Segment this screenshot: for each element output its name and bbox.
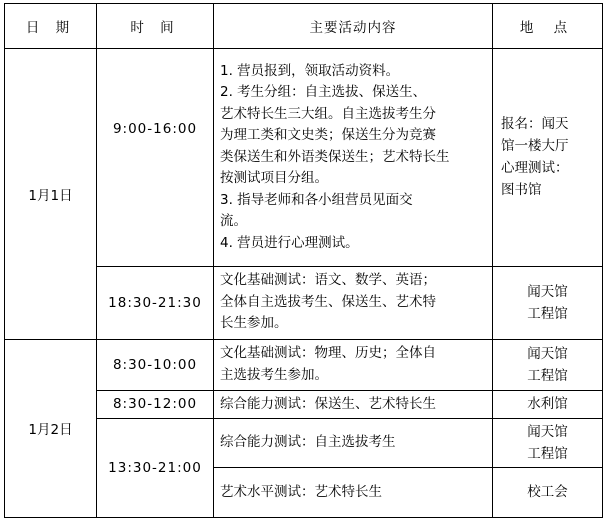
table-row: 1月2日 8:30-10:00 文化基础测试：物理、历史；全体自 主选拔考生参加… (5, 339, 603, 390)
location-line: 图书馆 (501, 179, 596, 201)
time-cell: 8:30-12:00 (97, 390, 214, 418)
activity-line: 为理工类和文史类；保送生分为竞赛 (220, 125, 486, 147)
schedule-table: 日 期 时 间 主要活动内容 地 点 1月1日 9:00-16:00 1. 营员… (4, 3, 603, 518)
activity-line: 2. 考生分组：自主选拔、保送生、 (220, 82, 486, 104)
location-cell: 闻天馆 工程馆 (493, 339, 603, 390)
location-cell: 水利馆 (493, 390, 603, 418)
location-line: 闻天馆 (499, 421, 596, 443)
location-cell: 闻天馆 工程馆 (493, 418, 603, 467)
activity-line: 类保送生和外语类保送生；艺术特长生 (220, 147, 486, 169)
activity-line: 综合能力测试：保送生、艺术特长生 (220, 394, 486, 416)
activity-cell: 1. 营员报到，领取活动资料。 2. 考生分组：自主选拔、保送生、 艺术特长生三… (214, 49, 493, 266)
activity-line: 文化基础测试：物理、历史；全体自 (220, 343, 486, 365)
header-row: 日 期 时 间 主要活动内容 地 点 (5, 4, 603, 49)
date-cell-day1: 1月1日 (5, 49, 97, 340)
activity-line: 长生参加。 (220, 313, 486, 335)
header-location: 地 点 (493, 4, 603, 49)
activity-cell: 文化基础测试：语文、数学、英语； 全体自主选拔考生、保送生、艺术特 长生参加。 (214, 266, 493, 339)
activity-cell: 综合能力测试：保送生、艺术特长生 (214, 390, 493, 418)
location-line: 闻天馆 (499, 343, 596, 365)
location-line: 校工会 (499, 481, 596, 503)
time-cell: 18:30-21:30 (97, 266, 214, 339)
time-cell: 13:30-21:00 (97, 418, 214, 517)
table-row: 1月1日 9:00-16:00 1. 营员报到，领取活动资料。 2. 考生分组：… (5, 49, 603, 266)
activity-line: 主选拔考生参加。 (220, 365, 486, 387)
location-line: 馆一楼大厅 (501, 135, 596, 157)
activity-line: 1. 营员报到，领取活动资料。 (220, 61, 486, 83)
activity-line: 艺术水平测试：艺术特长生 (220, 482, 486, 504)
time-text: 9:00-16:00 (113, 121, 197, 137)
location-line: 工程馆 (499, 365, 596, 387)
location-line: 工程馆 (499, 443, 596, 465)
location-line: 报名：闻天 (501, 113, 596, 135)
location-line: 心理测试： (501, 157, 596, 179)
activity-line: 4. 营员进行心理测试。 (220, 233, 486, 255)
date-cell-day2: 1月2日 (5, 339, 97, 517)
location-cell: 闻天馆 工程馆 (493, 266, 603, 339)
activity-cell: 综合能力测试：自主选拔考生 (214, 418, 493, 467)
location-line: 闻天馆 (499, 281, 596, 303)
activity-line: 文化基础测试：语文、数学、英语； (220, 270, 486, 292)
activity-line: 综合能力测试：自主选拔考生 (220, 432, 486, 454)
header-time: 时 间 (97, 4, 214, 49)
activity-line: 3. 指导老师和各小组营员见面交 (220, 190, 486, 212)
location-cell: 校工会 (493, 467, 603, 517)
activity-cell: 文化基础测试：物理、历史；全体自 主选拔考生参加。 (214, 339, 493, 390)
header-activities: 主要活动内容 (214, 4, 493, 49)
time-cell: 9:00-16:00 (97, 49, 214, 266)
activity-line: 流。 (220, 211, 486, 233)
activity-line: 全体自主选拔考生、保送生、艺术特 (220, 292, 486, 314)
activity-cell: 艺术水平测试：艺术特长生 (214, 467, 493, 517)
activity-line: 按测试项目分组。 (220, 168, 486, 190)
location-line: 水利馆 (499, 393, 596, 415)
header-date: 日 期 (5, 4, 97, 49)
location-line: 工程馆 (499, 303, 596, 325)
location-cell: 报名：闻天 馆一楼大厅 心理测试： 图书馆 (493, 49, 603, 266)
time-cell: 8:30-10:00 (97, 339, 214, 390)
activity-line: 艺术特长生三大组。自主选拔考生分 (220, 104, 486, 126)
